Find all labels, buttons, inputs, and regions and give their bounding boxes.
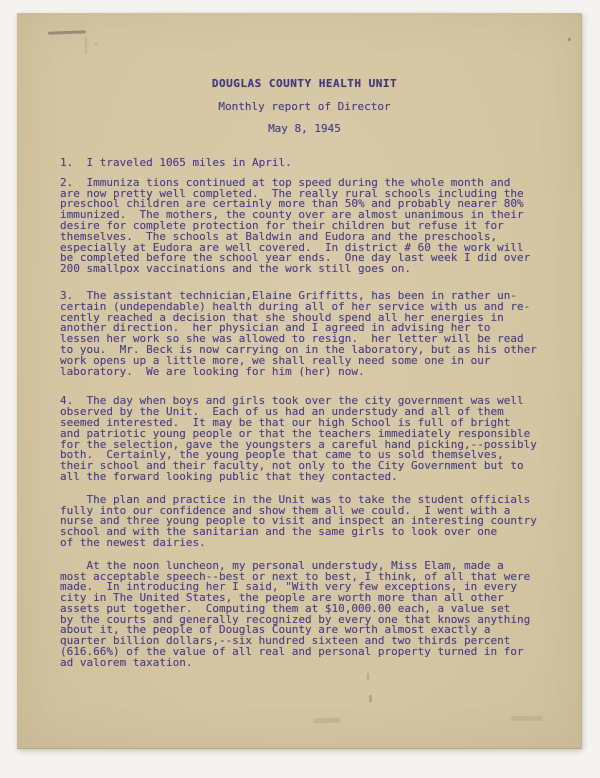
document-header: DOUGLAS COUNTY HEALTH UNIT Monthly repor… [60, 78, 549, 135]
paragraph-5-student-officials: The plan and practice in the Unit was to… [60, 495, 549, 549]
faint-smudge [313, 718, 341, 724]
pencil-scratch-mark [48, 30, 86, 34]
document-title: DOUGLAS COUNTY HEALTH UNIT [60, 78, 549, 90]
paragraph-4-city-government-day: 4. The day when boys and girls took over… [60, 396, 549, 482]
faint-line-mark [85, 37, 87, 54]
paragraph-6-noon-luncheon: At the noon luncheon, my personal unders… [60, 561, 549, 669]
paper-speck [568, 38, 571, 41]
paragraph-3-technician: 3. The assistant technician,Elaine Griff… [60, 291, 549, 377]
document-page: DOUGLAS COUNTY HEALTH UNIT Monthly repor… [17, 13, 582, 749]
document-body: 1. I traveled 1065 miles in April. 2. Im… [60, 158, 549, 669]
faint-ink-mark [367, 673, 369, 680]
faint-smudge [511, 716, 543, 721]
paragraph-1-mileage: 1. I traveled 1065 miles in April. [60, 158, 549, 169]
document-date: May 8, 1945 [60, 123, 549, 135]
document-subtitle: Monthly report of Director [60, 101, 549, 113]
paper-speck [95, 43, 97, 45]
paragraph-2-immunizations: 2. Immuniza tions continued at top speed… [60, 178, 549, 275]
faint-ink-mark [369, 695, 372, 702]
scan-background: DOUGLAS COUNTY HEALTH UNIT Monthly repor… [0, 0, 600, 778]
